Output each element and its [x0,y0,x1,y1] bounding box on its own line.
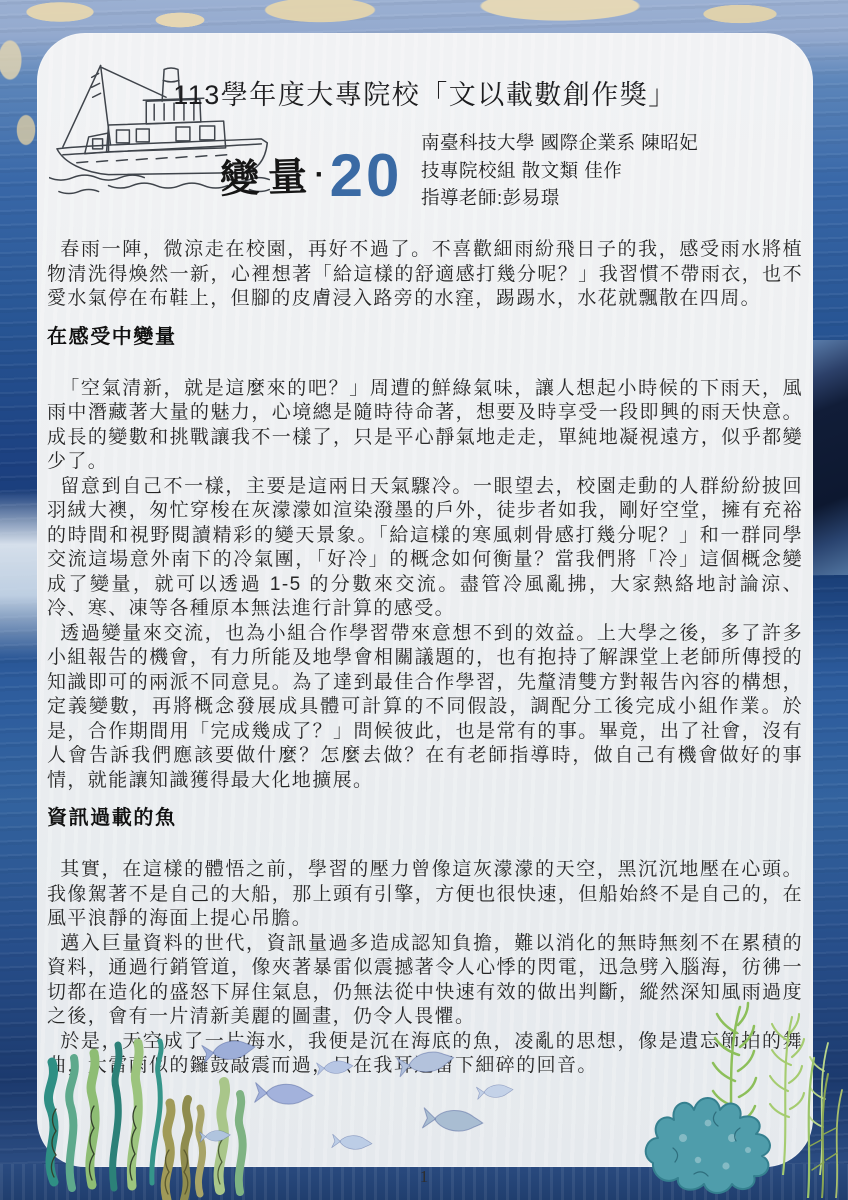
fish-icon [314,1056,355,1078]
paragraph: 其實，在這樣的體悟之前，學習的壓力曾像這灰濛濛的天空，黑沉沉地壓在心頭。我像駕著… [47,858,803,932]
page-number: 1 [0,1167,848,1187]
work-title-text: 變量 [219,145,317,204]
author-school-line: 南臺科技大學 國際企業系 陳昭妃 [421,129,698,157]
essay-page: { "header": { "award_title": "113學年度大專院校… [0,0,848,1200]
fish-icon [251,1077,316,1110]
fish-icon [419,1102,487,1139]
section-heading: 資訊過載的魚 [47,805,803,832]
sea-foam-patch [0,490,40,660]
work-title: 變量·20 [185,125,437,225]
whale-silhouette [810,340,848,575]
paragraph: 透過變量來交流，也為小組合作學習帶來意想不到的效益。上大學之後，多了許多小組報告… [47,622,803,794]
sand-speckle-patch [0,20,40,180]
paragraph: 留意到自己不一樣，主要是這兩日天氣驟冷。一眼望去，校園走動的人群紛紛披回羽絨大襖… [47,475,803,622]
essay-body: 春雨一陣，微涼走在校園，再好不過了。不喜歡細雨紛飛日子的我，感受雨水將植物清洗得… [37,238,813,1079]
work-number: 20 [330,141,403,210]
award-title: 113學年度大專院校「文以載數創作獎」 [37,73,813,112]
author-mentor-line: 指導老師:彭易璟 [421,184,698,212]
author-block: 南臺科技大學 國際企業系 陳昭妃 技專院校組 散文類 佳作 指導老師:彭易璟 [421,129,698,212]
fish-icon [329,1130,374,1154]
paragraph: 「空氣清新，就是這麼來的吧？」周遭的鮮綠氣味，讓人想起小時候的下雨天，風雨中潛藏… [47,377,803,475]
paragraph: 春雨一陣，微涼走在校園，再好不過了。不喜歡細雨紛飛日子的我，感受雨水將植物清洗得… [47,238,803,312]
author-group-line: 技專院校組 散文類 佳作 [421,157,698,185]
section-heading: 在感受中變量 [47,324,803,351]
essay-header: 113學年度大專院校「文以載數創作獎」 變量·20 南臺科技大學 國際企業系 陳… [37,33,813,238]
fish-icon [197,1127,232,1145]
